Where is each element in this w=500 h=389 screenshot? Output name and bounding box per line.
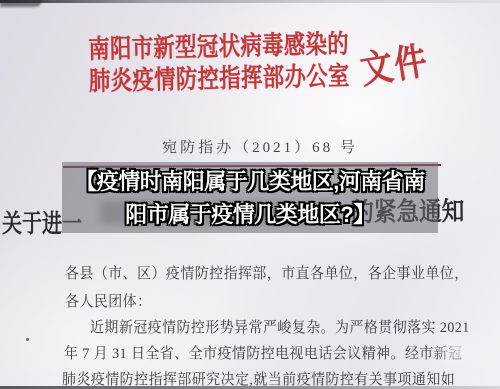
corner-smudge (0, 0, 42, 7)
overlay-caption: 【疫情时南阳属于几类地区,河南省南 阳市属于疫情几类地区?】 (62, 165, 438, 231)
document-photo: 南阳市新型冠状病毒感染的 肺炎疫情防控指挥部办公室 文件 宛防指办（2021）6… (0, 0, 500, 389)
paper-speck (26, 338, 29, 341)
overlay-caption-line-1: 【疫情时南阳属于几类地区,河南省南 (62, 165, 438, 198)
overlay-caption-line-2: 阳市属于疫情几类地区?】 (62, 198, 438, 231)
addressee-line-1: 各县（市、区）疫情防控指挥部，市直各单位，各企事业单位， (65, 262, 469, 283)
paper-glare (430, 328, 500, 372)
addressee-line-2: 各人民团体： (65, 290, 152, 311)
paragraph-line-2: 年 7 月 31 日全省、全市疫情防控电视电话会议精神。经市新冠 (64, 342, 463, 363)
doc-number: 宛防指办（2021）68 号 (30, 136, 490, 157)
letterhead-org-line-2: 肺炎疫情防控指挥部办公室 (89, 61, 350, 98)
doc-type-label: 文件 (356, 29, 432, 94)
photo-top-edge (0, 0, 500, 3)
paragraph-line-1: 近期新冠疫情防控形势异常严峻复杂。为严格贯彻落实 2021 (90, 316, 470, 337)
